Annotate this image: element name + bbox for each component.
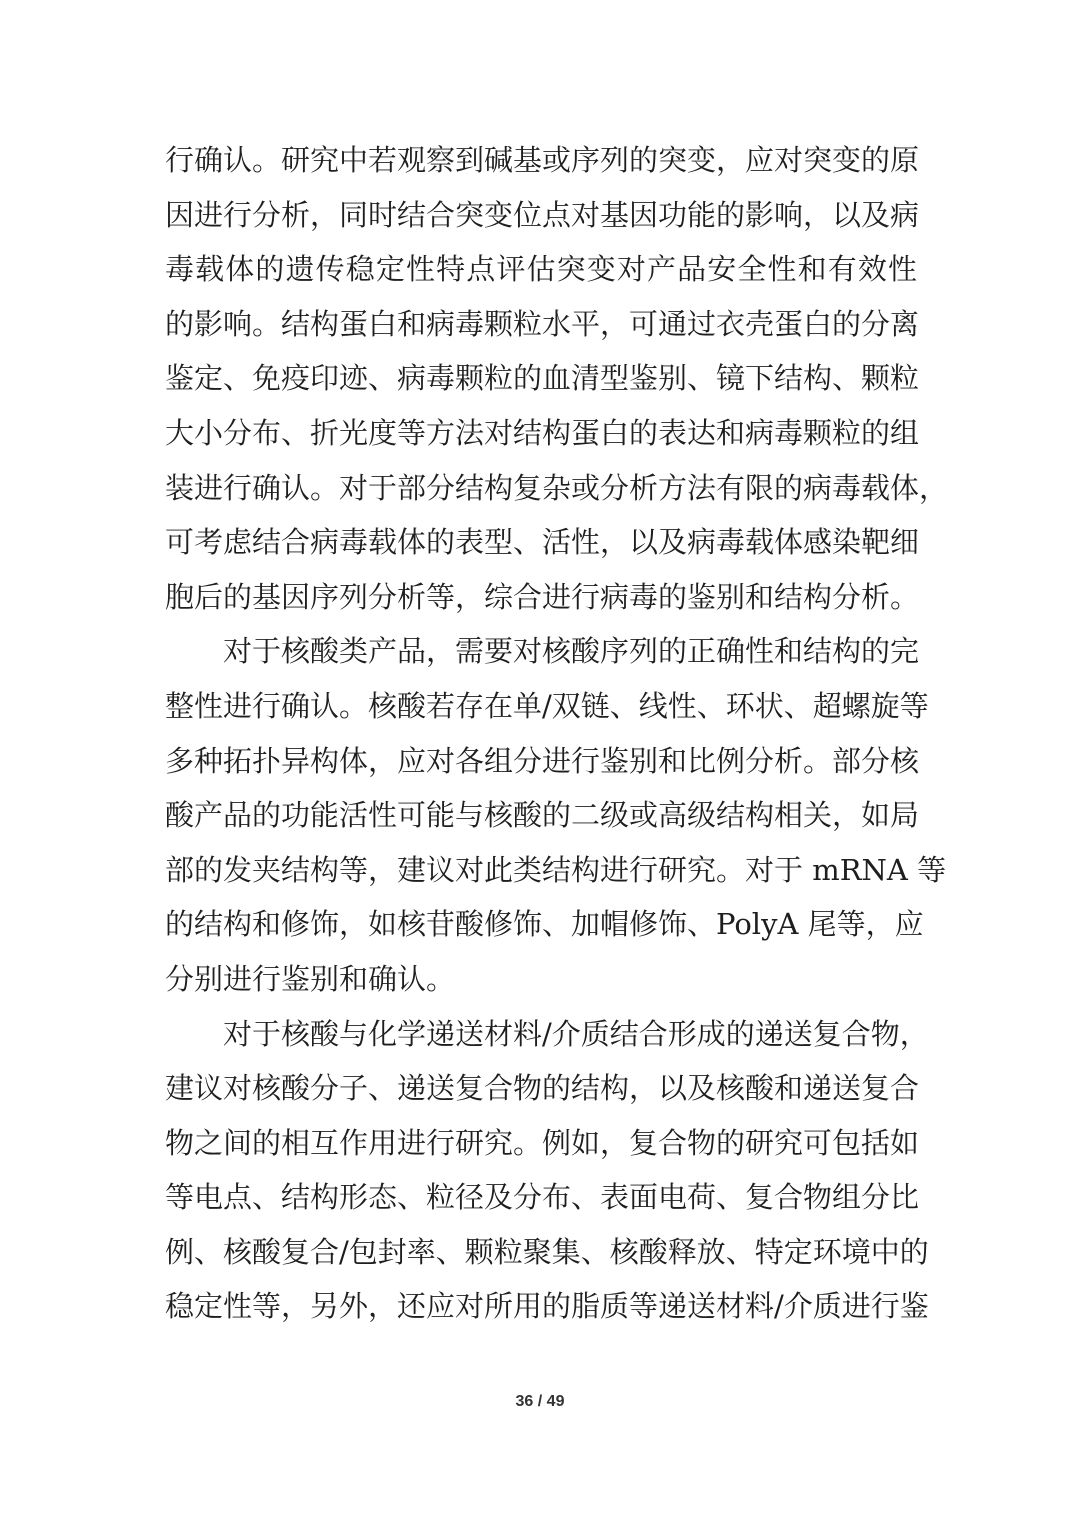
text-line: 等电点、结构形态、粒径及分布、表面电荷、复合物组分比	[165, 1170, 917, 1225]
paragraph-end-line: 分别进行鉴别和确认。	[165, 952, 917, 1007]
text-line: 例、核酸复合/包封率、颗粒聚集、核酸释放、特定环境中的	[165, 1225, 917, 1280]
text-line: 物之间的相互作用进行研究。例如，复合物的研究可包括如	[165, 1116, 917, 1171]
paragraph-start-line: 对于核酸类产品，需要对核酸序列的正确性和结构的完	[165, 624, 917, 679]
body-text: 行确认。研究中若观察到碱基或序列的突变，应对突变的原 因进行分析，同时结合突变位…	[165, 133, 917, 1334]
paragraph-start-line: 对于核酸与化学递送材料/介质结合形成的递送复合物，	[165, 1007, 917, 1062]
page-number: 36 / 49	[0, 1393, 1080, 1411]
text-line: 建议对核酸分子、递送复合物的结构，以及核酸和递送复合	[165, 1061, 917, 1116]
text-line: 胞后的基因序列分析等，综合进行病毒的鉴别和结构分析。	[165, 570, 917, 625]
text-line: 行确认。研究中若观察到碱基或序列的突变，应对突变的原	[165, 133, 917, 188]
text-line: 稳定性等，另外，还应对所用的脂质等递送材料/介质进行鉴	[165, 1279, 917, 1334]
text-line: 整性进行确认。核酸若存在单/双链、线性、环状、超螺旋等	[165, 679, 917, 734]
document-page: 行确认。研究中若观察到碱基或序列的突变，应对突变的原 因进行分析，同时结合突变位…	[0, 0, 1080, 1528]
text-line: 因进行分析，同时结合突变位点对基因功能的影响，以及病	[165, 188, 917, 243]
text-line: 可考虑结合病毒载体的表型、活性，以及病毒载体感染靶细	[165, 515, 917, 570]
text-line: 的影响。结构蛋白和病毒颗粒水平，可通过衣壳蛋白的分离	[165, 297, 917, 352]
text-line: 大小分布、折光度等方法对结构蛋白的表达和病毒颗粒的组	[165, 406, 917, 461]
text-line: 多种拓扑异构体，应对各组分进行鉴别和比例分析。部分核	[165, 734, 917, 789]
text-line: 鉴定、免疫印迹、病毒颗粒的血清型鉴别、镜下结构、颗粒	[165, 351, 917, 406]
text-line: 酸产品的功能活性可能与核酸的二级或高级结构相关，如局	[165, 788, 917, 843]
text-line: 装进行确认。对于部分结构复杂或分析方法有限的病毒载体，	[165, 461, 917, 516]
text-line: 毒载体的遗传稳定性特点评估突变对产品安全性和有效性	[165, 242, 917, 297]
text-line: 的结构和修饰，如核苷酸修饰、加帽修饰、PolyA 尾等，应	[165, 897, 917, 952]
text-line: 部的发夹结构等，建议对此类结构进行研究。对于 mRNA 等	[165, 843, 917, 898]
